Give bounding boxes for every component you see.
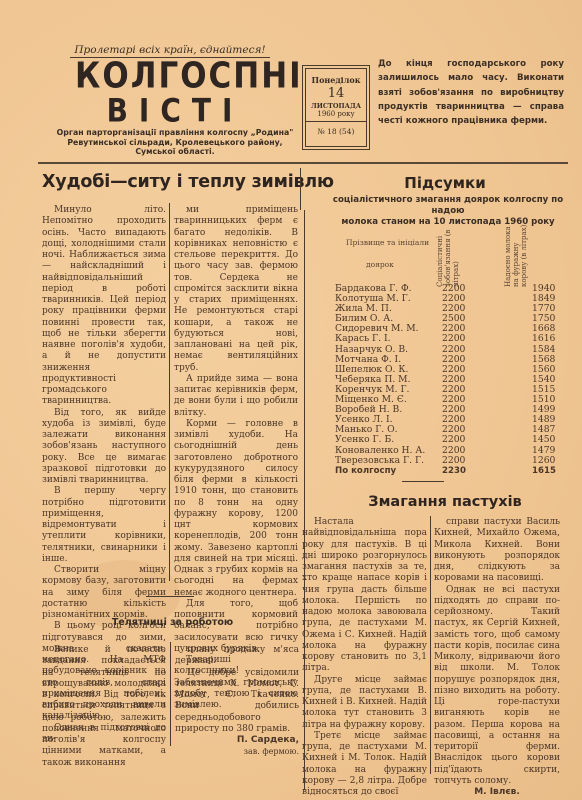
issue-date-box: Понеділок 14 ЛИСТОПАДА 1960 року № 18 (5… bbox=[305, 68, 367, 147]
issue-weekday: Понеділок bbox=[306, 75, 366, 85]
paragraph: Однак не всі пастухи підходять до справи… bbox=[434, 585, 560, 788]
paragraph: плану продажу м'яса державі. bbox=[175, 645, 299, 668]
author-signature: М. Івлєв. bbox=[434, 787, 560, 798]
table-header-yield: Надоєно молока на фуражну корову (в літр… bbox=[504, 219, 560, 287]
paragraph: ми приміщень тваринницьких ферм є багато… bbox=[174, 205, 298, 374]
cell-name: Тверезовська Г. Г. bbox=[331, 456, 439, 466]
column-divider bbox=[170, 642, 171, 746]
headline-shepherds-article: Змагання пастухів bbox=[330, 494, 560, 510]
issue-year: 1960 року bbox=[306, 110, 366, 122]
paragraph: Це добре усвідомили телятниці Х. Момот, … bbox=[175, 668, 299, 736]
paragraph: Корми — головне в зимівлі худоби. На сьо… bbox=[174, 419, 298, 599]
table-total-row: По колгоспу22301615 bbox=[331, 466, 571, 476]
publisher-line2: Ревутинської сільради, Кролевецького рай… bbox=[50, 138, 300, 148]
calves-article-column-2: плану продажу м'яса державі.Це добре усв… bbox=[175, 645, 299, 758]
table-row: Усенко Г. Б.22001450 bbox=[331, 435, 571, 445]
paragraph: Від того, як вийде худоба із зимівлі, бу… bbox=[42, 408, 166, 487]
author-signature: П. Сардека, bbox=[175, 735, 299, 746]
issue-month: ЛИСТОПАДА bbox=[306, 102, 366, 110]
cell-name: По колгоспу bbox=[331, 466, 439, 476]
publisher-line3: Сумської області. bbox=[50, 147, 300, 157]
paragraph: Друге місце займає група, де пастухами В… bbox=[302, 675, 427, 731]
front-motto: До кінця господарського року залишилось … bbox=[378, 57, 564, 128]
paragraph: В першу чергу потрібно підготовити примі… bbox=[42, 486, 166, 565]
cell-name: Усенко Г. Б. bbox=[331, 435, 439, 445]
paragraph: справи пастухи Василь Кихней, Михайло Ож… bbox=[434, 517, 560, 585]
headline-main-article: Худобі—ситу і теплу зимівлю bbox=[42, 172, 298, 192]
column-divider bbox=[169, 203, 170, 581]
cell-yield: 1450 bbox=[506, 435, 571, 445]
issue-day: 14 bbox=[306, 86, 366, 101]
shepherds-article-column-1: Настала найвідповідальніша пора року для… bbox=[302, 517, 427, 798]
paragraph: Створити міцну кормову базу, заготовити … bbox=[42, 565, 166, 621]
author-role: зав. фермою. bbox=[175, 746, 299, 757]
table-row: Тверезовська Г. Г.22001260 bbox=[331, 456, 571, 466]
cell-yield: 1615 bbox=[506, 466, 571, 476]
masthead-divider bbox=[38, 162, 568, 164]
table-header-pledge: Соціалістичні зобов'язання (в літрах) bbox=[436, 219, 492, 287]
paragraph: А прийде зима — вона запитає керівників … bbox=[174, 374, 298, 419]
calves-article-column-1: Велике й почесне завдання покладається н… bbox=[42, 645, 166, 769]
paragraph: Третє місце займає група, де пастухами М… bbox=[302, 731, 427, 799]
column-divider bbox=[300, 168, 301, 210]
cell-pledge: 2200 bbox=[439, 456, 506, 466]
column-divider bbox=[430, 516, 431, 774]
publisher-info: Орган парторганізації правління колгоспу… bbox=[50, 128, 300, 157]
cell-yield: 1260 bbox=[506, 456, 571, 466]
cell-pledge: 2200 bbox=[439, 435, 506, 445]
section-divider bbox=[402, 481, 444, 482]
cell-pledge: 2230 bbox=[439, 466, 506, 476]
publisher-line1: Орган парторганізації правління колгоспу… bbox=[50, 128, 300, 138]
newspaper-title-line1: КОЛГОСПНІ bbox=[75, 55, 275, 96]
paragraph: Минуло літо. Непомітно проходить осінь. … bbox=[42, 205, 166, 408]
newspaper-title-line2: ВІСТІ bbox=[75, 92, 275, 130]
paragraph: Велике й почесне завдання покладається н… bbox=[42, 645, 166, 769]
main-article-column-2: ми приміщень тваринницьких ферм є багато… bbox=[174, 205, 298, 711]
milkmaid-results-table: Бардакова Г. Ф.22001940Колотуша М. Г.220… bbox=[331, 284, 571, 476]
paragraph: Настала найвідповідальніша пора року для… bbox=[302, 517, 427, 675]
headline-summary: Підсумки bbox=[330, 174, 560, 192]
newspaper-page: Пролетарі всіх країн, єднайтеся! КОЛГОСП… bbox=[0, 0, 582, 800]
shepherds-article-column-2: справи пастухи Василь Кихней, Михайло Ож… bbox=[434, 517, 560, 798]
summary-subtitle-line1: соціалістичного змагання доярок колгоспу… bbox=[328, 195, 568, 217]
headline-calves-article: Телятниці за роботою bbox=[40, 617, 305, 628]
issue-number: № 18 (54) bbox=[306, 127, 366, 136]
section-divider bbox=[146, 596, 194, 597]
